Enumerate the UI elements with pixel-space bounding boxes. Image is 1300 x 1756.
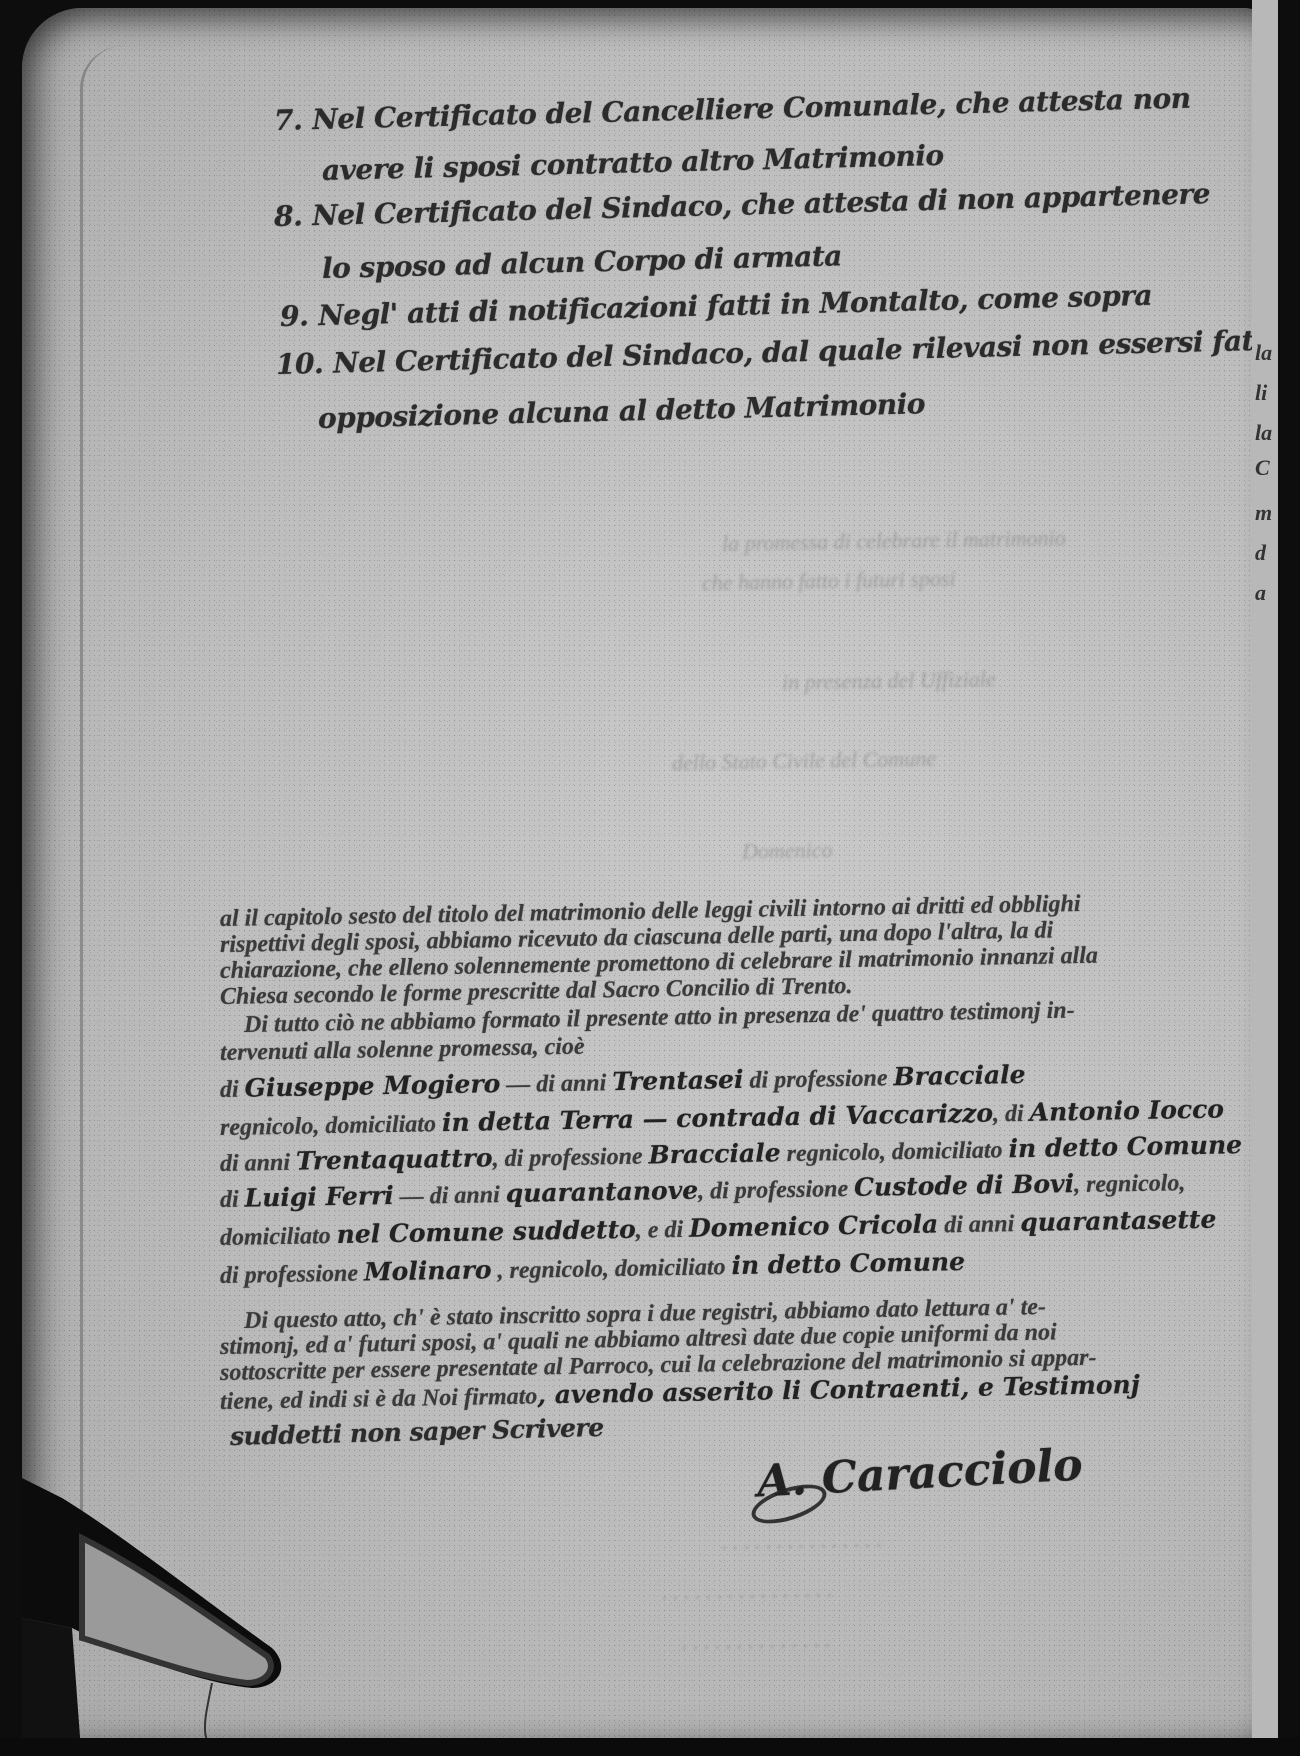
- fragment: C: [1255, 455, 1270, 481]
- item-number: 8.: [274, 199, 303, 233]
- fragment: li: [1255, 380, 1267, 406]
- folded-corner: [22, 1478, 322, 1750]
- label: , di professione: [492, 1144, 648, 1173]
- list-item-7-cont: avere li sposi contratto altro Matrimoni…: [322, 139, 944, 187]
- label: , regnicolo, domiciliato: [491, 1254, 731, 1284]
- witness-line-6: di professione Molinaro , regnicolo, dom…: [220, 1247, 966, 1290]
- label: di: [220, 1077, 245, 1103]
- witness-profession: Custode di Bovi: [854, 1169, 1074, 1202]
- item-number: 9.: [280, 299, 309, 333]
- fragment: la: [1255, 420, 1272, 446]
- item-text: lo sposo ad alcun Corpo di armata: [322, 239, 843, 285]
- printed-line: tervenuti alla solenne promessa, cioè: [220, 1034, 585, 1067]
- list-item-8: 8.Nel Certificato del Sindaco, che attes…: [274, 177, 1211, 233]
- label: di: [220, 1187, 245, 1213]
- witness-name: Antonio Iocco: [1029, 1094, 1224, 1126]
- list-item-9: 9.Negl' atti di notificazioni fatti in M…: [280, 279, 1153, 333]
- item-number: 10.: [276, 347, 324, 381]
- label: , di: [993, 1101, 1030, 1128]
- scan-border: [0, 1738, 1300, 1756]
- fragment: d: [1255, 540, 1266, 566]
- item-text: avere li sposi contratto altro Matrimoni…: [322, 139, 944, 187]
- bleed-through-text: Domenico: [742, 837, 833, 865]
- witness-age: Trentasei: [612, 1065, 744, 1096]
- bleed-through-text: dello Stato Civile del Comune: [672, 746, 936, 777]
- label: di professione: [743, 1065, 893, 1094]
- list-item-7: 7.Nel Certificato del Cancelliere Comuna…: [274, 82, 1191, 137]
- register-page: 7.Nel Certificato del Cancelliere Comuna…: [22, 8, 1274, 1750]
- label: regnicolo, domiciliato: [220, 1111, 442, 1141]
- adjacent-page-edge: la li la C m d a: [1252, 0, 1278, 1742]
- witness-profession: Bracciale: [893, 1060, 1026, 1091]
- witness-residence: in detto Comune: [1008, 1130, 1242, 1163]
- fragment: la: [1255, 340, 1272, 366]
- label: di anni: [938, 1211, 1020, 1238]
- bleed-through-text: . . . . . . . . . . . . . . .: [722, 1527, 882, 1556]
- label: di professione: [220, 1260, 364, 1289]
- label: domiciliato: [220, 1223, 337, 1251]
- witness-residence: contrada di Vaccarizzo: [667, 1099, 993, 1134]
- official-signature: A. Caracciolo: [756, 1440, 1084, 1508]
- label: — di anni: [500, 1070, 612, 1098]
- item-number: 7.: [274, 103, 303, 137]
- list-item-10: 10.Nel Certificato del Sindaco, dal qual…: [276, 323, 1274, 381]
- witness-residence: in detto Comune: [731, 1247, 965, 1280]
- label: di anni: [220, 1150, 296, 1177]
- page-edge-shadow: [80, 46, 123, 1546]
- witness-name: Domenico Cricola: [689, 1209, 939, 1242]
- witness-residence: in detta Terra —: [442, 1104, 668, 1137]
- witness-line-5: domiciliato nel Comune suddetto, e di Do…: [220, 1205, 1217, 1252]
- bleed-through-text: in presenza del Uffiziale: [782, 666, 996, 696]
- label: — di anni: [393, 1182, 505, 1210]
- fragment: a: [1255, 580, 1266, 606]
- item-text: Nel Certificato del Sindaco, che attesta…: [312, 177, 1211, 232]
- item-text: Nel Certificato del Sindaco, dal quale r…: [333, 323, 1274, 379]
- label: , regnicolo,: [1074, 1170, 1186, 1198]
- witness-name: Luigi Ferri: [244, 1181, 394, 1213]
- witness-line-1: di Giuseppe Mogiero — di anni Trentasei …: [220, 1060, 1026, 1104]
- label: regnicolo, domiciliato: [780, 1137, 1008, 1167]
- witness-profession: Molinaro: [364, 1255, 492, 1286]
- witness-residence: nel Comune suddetto: [336, 1215, 636, 1249]
- bleed-through-text: che hanno fatto i futuri sposi: [702, 566, 956, 596]
- bleed-through-text: la promessa di celebrare il matrimonio: [722, 525, 1066, 557]
- witness-age: quarantanove: [505, 1176, 698, 1208]
- witness-age: Trentaquattro: [296, 1143, 493, 1175]
- list-item-10-cont: opposizione alcuna al detto Matrimonio: [318, 387, 926, 435]
- handwritten-addition-cont: suddetti non saper Scrivere: [230, 1413, 604, 1451]
- bleed-through-text: . . . . . . . . . . . . . . . .: [662, 1577, 833, 1606]
- label: , e di: [636, 1217, 690, 1244]
- item-text: Negl' atti di notificazioni fatti in Mon…: [318, 279, 1153, 332]
- closing-text: tiene, ed indi si è da Noi firmato: [220, 1383, 538, 1415]
- list-item-8-cont: lo sposo ad alcun Corpo di armata: [322, 239, 843, 285]
- label: , di professione: [698, 1176, 854, 1205]
- bleed-through-text: . . . . . . . . . . . . . .: [682, 1627, 831, 1656]
- item-text: opposizione alcuna al detto Matrimonio: [318, 387, 926, 435]
- witness-name: Giuseppe Mogiero: [244, 1069, 500, 1102]
- witness-age: quarantasette: [1020, 1205, 1217, 1237]
- witness-profession: Bracciale: [648, 1138, 781, 1169]
- item-text: Nel Certificato del Cancelliere Comunale…: [312, 82, 1191, 136]
- fragment: m: [1255, 500, 1272, 526]
